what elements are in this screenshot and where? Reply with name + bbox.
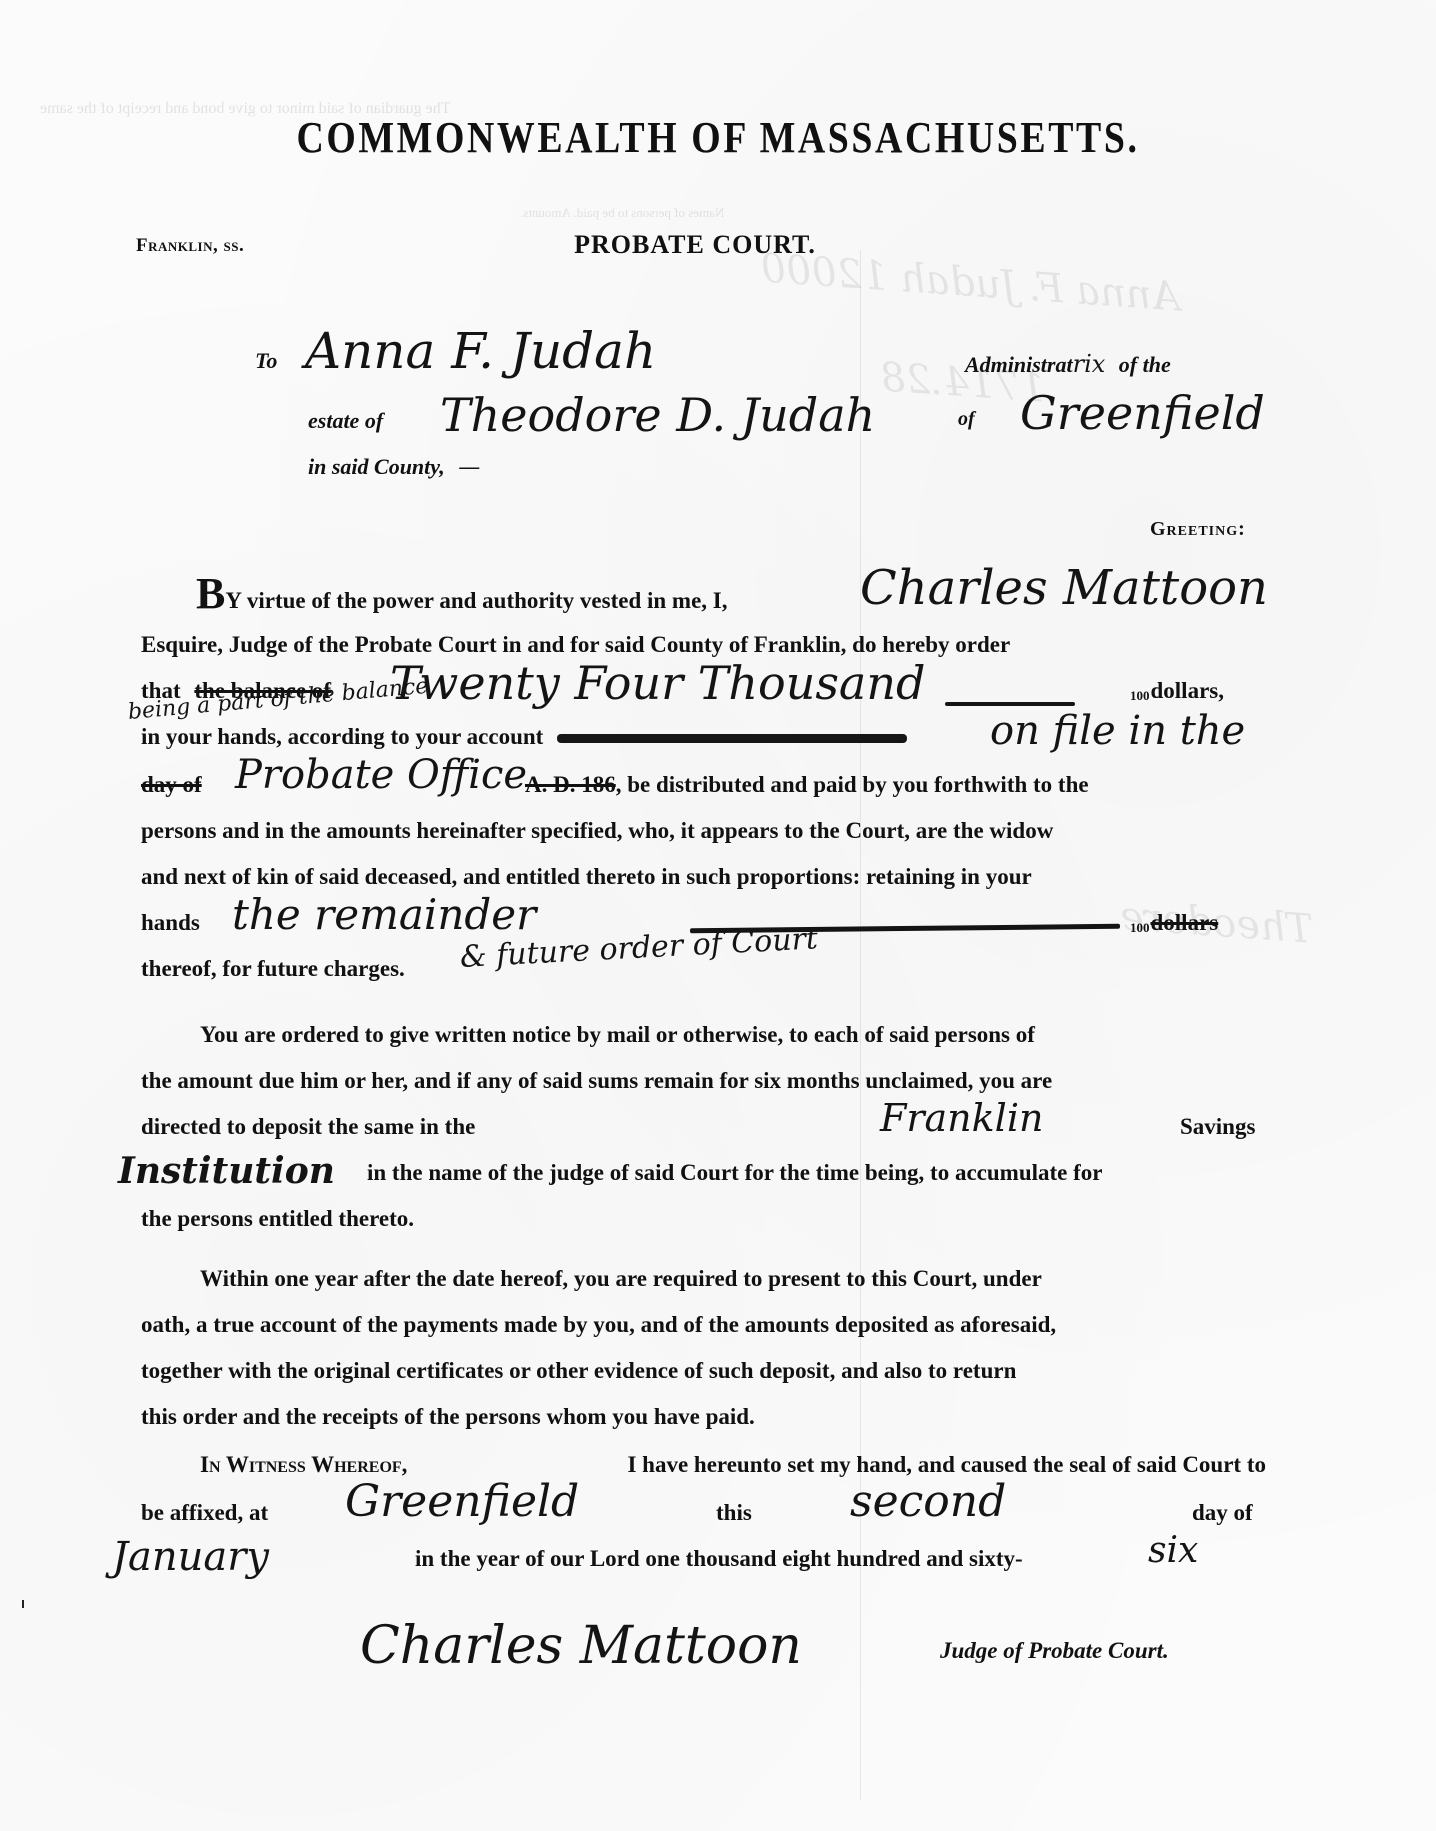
year-printed: in the year of our Lord one thousand eig… bbox=[415, 1546, 1023, 1572]
probate-order-page: The guardian of said minor to give bond … bbox=[0, 0, 1436, 1831]
deceased-name: Theodore D. Judah bbox=[440, 388, 875, 442]
court-label: PROBATE COURT. bbox=[0, 230, 1060, 260]
order-line-4: in your hands, according to your account bbox=[141, 724, 907, 750]
town-name: Greenfield bbox=[1020, 386, 1265, 440]
greeting-label: Greeting: bbox=[1150, 518, 1246, 541]
order-line-1: BY virtue of the power and authority ves… bbox=[196, 572, 728, 616]
of-label: of bbox=[958, 408, 975, 431]
of-the-label: of the bbox=[1119, 352, 1171, 377]
order-line-9: thereof, for future charges. bbox=[141, 956, 405, 982]
judge-name-handwritten: Charles Mattoon bbox=[860, 560, 1268, 616]
this-label: this bbox=[716, 1500, 752, 1526]
struck-ad-date: A. D. 186 bbox=[525, 772, 616, 797]
witness-line-1: In Witness Whereof, I have hereunto set … bbox=[200, 1452, 1266, 1478]
probate-office-handwritten: Probate Office bbox=[235, 752, 527, 798]
order-line-5-text: , be distributed and paid by you forthwi… bbox=[616, 772, 1089, 797]
estate-of-label: estate of bbox=[308, 408, 383, 434]
account-line-3: together with the original certificates … bbox=[141, 1358, 1266, 1384]
county-dash: — bbox=[458, 455, 480, 480]
in-said-county-text: in said County, bbox=[308, 454, 445, 479]
document-title: COMMONWEALTH OF MASSACHUSETTS. bbox=[101, 112, 1336, 163]
savings-label: Savings bbox=[1180, 1114, 1255, 1140]
notice-line-2: the amount due him or her, and if any of… bbox=[141, 1068, 1266, 1094]
institution-handwritten: Institution bbox=[118, 1150, 335, 1192]
amount-handwritten: Twenty Four Thousand bbox=[390, 656, 925, 710]
order-line-4-text: in your hands, according to your account bbox=[141, 724, 543, 749]
dollars-label: dollars, bbox=[1151, 678, 1224, 703]
remainder-handwritten: the remainder bbox=[232, 890, 536, 939]
witness-line-1-text: I have hereunto set my hand, and caused … bbox=[627, 1452, 1266, 1478]
role-label: Administratrix of the bbox=[965, 350, 1171, 378]
struck-day-of: day of bbox=[141, 772, 202, 797]
in-said-county-label: in said County, — bbox=[308, 454, 480, 480]
month-handwritten: January bbox=[112, 1534, 269, 1580]
day-handwritten: second bbox=[850, 1476, 1006, 1527]
judge-signature: Charles Mattoon bbox=[360, 1616, 802, 1676]
cents-denominator: 100 bbox=[1130, 688, 1150, 703]
remainder-dollars: 100dollars bbox=[1130, 910, 1218, 936]
drop-cap: B bbox=[196, 569, 225, 618]
account-line-1: Within one year after the date hereof, y… bbox=[200, 1266, 1266, 1292]
hands-label: hands bbox=[141, 910, 200, 936]
amount-fill-line bbox=[945, 702, 1075, 706]
notice-line-1: You are ordered to give written notice b… bbox=[200, 1022, 1266, 1048]
notice-line-4: in the name of the judge of said Court f… bbox=[367, 1160, 1102, 1186]
cents-denominator: 100 bbox=[1130, 920, 1150, 935]
on-file-handwritten: on file in the bbox=[990, 708, 1245, 754]
order-line-7: and next of kin of said deceased, and en… bbox=[141, 864, 1266, 890]
place-handwritten: Greenfield bbox=[345, 1476, 579, 1527]
redacted-allowed-by-court bbox=[557, 734, 907, 743]
administratrix-name: Anna F. Judah bbox=[305, 322, 656, 380]
in-witness-whereof: In Witness Whereof, bbox=[200, 1452, 407, 1478]
account-line-4: this order and the receipts of the perso… bbox=[141, 1404, 755, 1430]
account-line-2: oath, a true account of the payments mad… bbox=[141, 1312, 1266, 1338]
dollars-fraction: 100dollars, bbox=[1130, 678, 1224, 704]
to-label: To bbox=[255, 348, 277, 374]
affixed-at-label: be affixed, at bbox=[141, 1500, 268, 1526]
struck-dollars: dollars bbox=[1151, 910, 1219, 935]
notice-line-5: the persons entitled thereto. bbox=[141, 1206, 414, 1232]
role-suffix-handwritten: rix bbox=[1073, 350, 1106, 378]
bank-name-handwritten: Franklin bbox=[880, 1096, 1043, 1140]
stray-mark bbox=[22, 1600, 24, 1608]
year-handwritten: six bbox=[1148, 1530, 1198, 1571]
signature-title: Judge of Probate Court. bbox=[940, 1638, 1169, 1664]
bleed-through-text: Names of persons to be paid. Amounts. bbox=[520, 205, 724, 221]
order-line-5: day of bbox=[141, 772, 202, 798]
order-line-1-text: Y virtue of the power and authority vest… bbox=[225, 588, 727, 613]
notice-line-3: directed to deposit the same in the bbox=[141, 1114, 475, 1140]
order-line-2: Esquire, Judge of the Probate Court in a… bbox=[141, 632, 1266, 658]
day-of-label: day of bbox=[1192, 1500, 1253, 1526]
order-line-6: persons and in the amounts hereinafter s… bbox=[141, 818, 1266, 844]
role-printed: Administrat bbox=[965, 352, 1073, 377]
order-line-5-rest: A. D. 186, be distributed and paid by yo… bbox=[525, 772, 1089, 798]
